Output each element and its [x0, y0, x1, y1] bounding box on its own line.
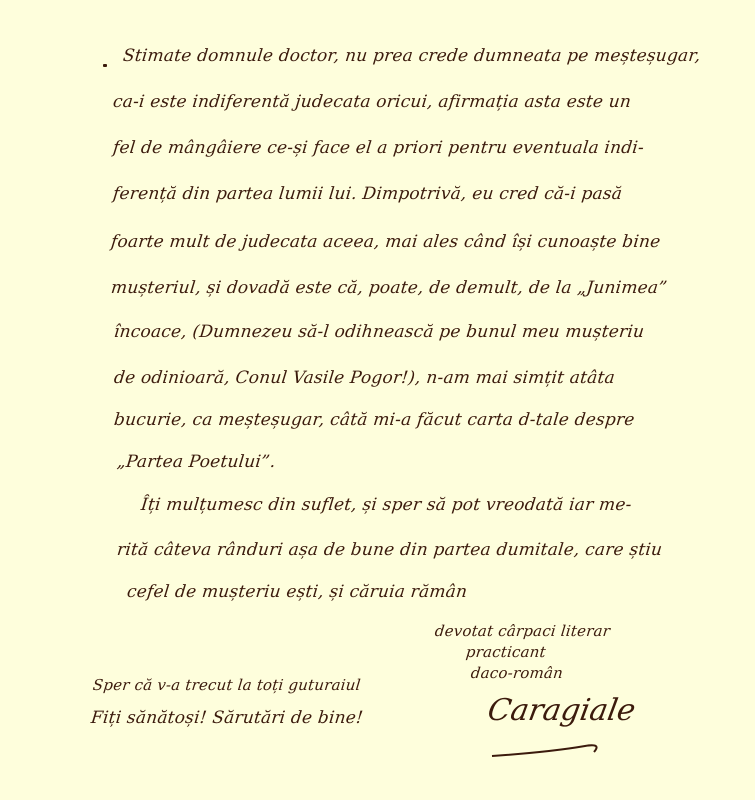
- handwritten-letter-page: Stimate domnule doctor, nu prea crede du…: [0, 0, 755, 800]
- letter-line-8: de odinioară, Conul Vasile Pogor!), n-am…: [113, 368, 616, 388]
- letter-line-3: fel de mângâiere ce-și face el a priori …: [112, 138, 645, 158]
- signature: Caragiale: [485, 693, 638, 728]
- postscript-line-1: Sper că v-a trecut la toți guturaiul: [92, 676, 362, 694]
- letter-line-10: „Partea Poetului”.: [116, 452, 277, 472]
- letter-line-7: încoace, (Dumnezeu să-l odihnească pe bu…: [113, 322, 645, 342]
- letter-line-6: mușteriul, și dovadă este că, poate, de …: [110, 278, 668, 298]
- closing-line-3: cefel de mușteriu ești, și căruia rămân: [126, 582, 468, 602]
- letter-line-9: bucurie, ca meșteșugar, câtă mi-a făcut …: [113, 410, 636, 430]
- signature-title-line-2: practicant: [465, 643, 547, 661]
- letter-line-2: ca-i este indiferentă judecata oricui, a…: [112, 92, 632, 112]
- signature-title-line-3: daco-român: [470, 664, 564, 682]
- signature-flourish-icon: [490, 740, 605, 760]
- letter-line-4: ferență din partea lumii lui. Dimpotrivă…: [112, 184, 623, 204]
- margin-dot: [103, 64, 107, 67]
- closing-line-2: rită câteva rânduri așa de bune din part…: [116, 540, 663, 560]
- letter-line-1: Stimate domnule doctor, nu prea crede du…: [122, 46, 702, 66]
- closing-line-1: Îți mulțumesc din suflet, și sper să pot…: [140, 495, 633, 515]
- letter-line-5: foarte mult de judecata aceea, mai ales …: [110, 232, 661, 252]
- postscript-line-2: Fiți sănătoși! Sărutări de bine!: [90, 708, 364, 728]
- signature-title-line-1: devotat cârpaci literar: [434, 622, 611, 640]
